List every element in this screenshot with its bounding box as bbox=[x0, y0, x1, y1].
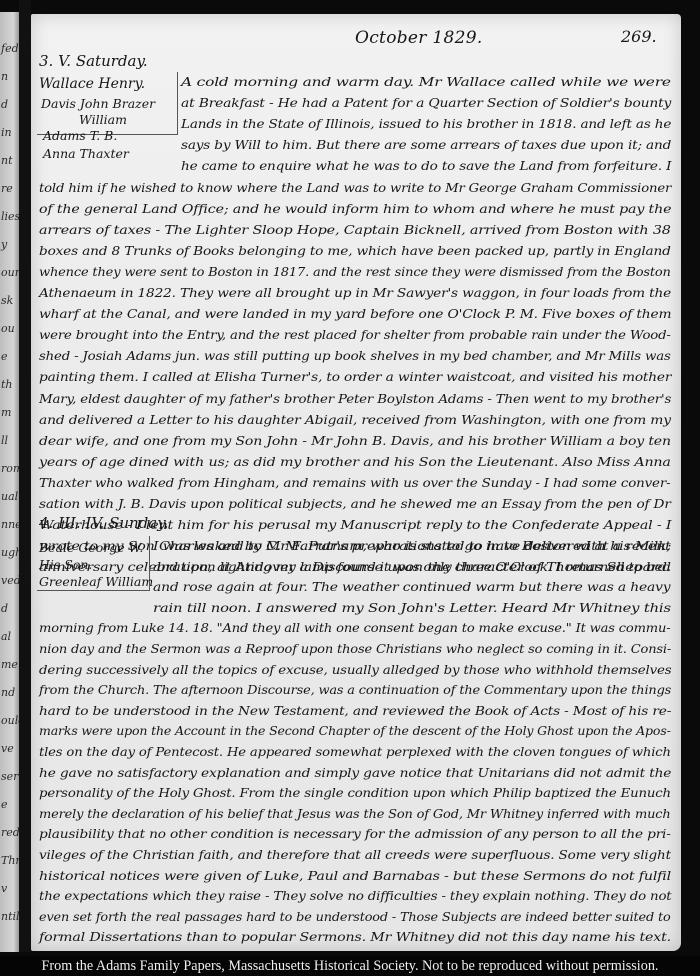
facing-page-text-fragment: me bbox=[1, 658, 18, 671]
manuscript-line: personality of the Holy Ghost. From the … bbox=[39, 787, 671, 799]
manuscript-line: from the Church. The afternoon Discourse… bbox=[39, 684, 671, 696]
facing-page-text-fragment: ved bbox=[1, 574, 19, 587]
facing-page-text-fragment: fed bbox=[1, 42, 19, 55]
manuscript-line: historical notices were given of Luke, P… bbox=[39, 870, 671, 882]
facing-page-text-fragment: ual bbox=[1, 490, 18, 503]
facing-page-text-fragment: y bbox=[1, 238, 7, 251]
manuscript-line: years of age dined with us; as did my br… bbox=[39, 456, 671, 468]
manuscript-line: hard to be understood in the New Testame… bbox=[39, 705, 671, 717]
margin-name: William bbox=[79, 112, 127, 127]
manuscript-line: Lands in the State of Illinois, issued t… bbox=[181, 118, 671, 130]
copyright-caption: From the Adams Family Papers, Massachuse… bbox=[0, 956, 700, 976]
manuscript-line: rain till noon. I answered my Son John's… bbox=[153, 602, 671, 614]
manuscript-line: merely the declaration of his belief tha… bbox=[39, 808, 671, 820]
manuscript-line: even set forth the real passages hard to… bbox=[39, 911, 671, 923]
facing-page-text-fragment: our bbox=[1, 266, 19, 279]
facing-page-text-fragment: al bbox=[1, 630, 11, 643]
manuscript-page: October 1829. 269. 3. V. Saturday. Walla… bbox=[31, 14, 681, 951]
facing-page-text-fragment: in bbox=[1, 126, 12, 139]
manuscript-line: dering successively all the topics of ex… bbox=[39, 664, 671, 676]
margin-name: Greenleaf William bbox=[39, 574, 153, 589]
manuscript-line: formal Dissertations than to popular Ser… bbox=[39, 931, 671, 943]
margin-name: Adams T. B. bbox=[43, 128, 117, 143]
book-gutter bbox=[19, 0, 31, 952]
manuscript-line: and rose again at four. The weather cont… bbox=[153, 581, 670, 593]
margin-name: Davis John Brazer bbox=[41, 96, 155, 111]
facing-page-text-fragment: re bbox=[1, 182, 13, 195]
facing-page-text-fragment: rom bbox=[1, 462, 19, 475]
manuscript-line: he came to enquire what he was to do to … bbox=[181, 160, 671, 172]
manuscript-line: were brought into the Entry, and the res… bbox=[39, 329, 671, 341]
facing-page-text-fragment: d bbox=[1, 98, 8, 111]
manuscript-line: vileges of the Christian faith, and ther… bbox=[39, 849, 671, 861]
margin-name: Wallace Henry. bbox=[39, 76, 145, 92]
facing-page-edge: fedndinntreliesyourskouethmllromualnnedu… bbox=[0, 12, 19, 952]
page-header-month-year: October 1829. bbox=[355, 28, 483, 48]
manuscript-line: painting them. I called at Elisha Turner… bbox=[39, 371, 671, 383]
manuscript-line: Mary, eldest daughter of my father's bro… bbox=[39, 393, 671, 405]
facing-page-text-fragment: th bbox=[1, 378, 13, 391]
facing-page-text-fragment: ve bbox=[1, 742, 14, 755]
facing-page-text-fragment: nt bbox=[1, 154, 13, 167]
manuscript-line: the expectations which they raise - They… bbox=[39, 890, 672, 902]
manuscript-line: arrears of taxes - The Lighter Sloop Hop… bbox=[39, 224, 671, 236]
entry-date-heading: 3. V. Saturday. bbox=[39, 52, 148, 70]
facing-page-text-fragment: lies bbox=[1, 210, 19, 223]
manuscript-line: dear wife, and one from my Son John - Mr… bbox=[39, 435, 671, 447]
manuscript-line: wharf at the Canal, and were landed in m… bbox=[39, 308, 671, 320]
manuscript-line: A cold morning and warm day. Mr Wallace … bbox=[181, 76, 671, 88]
manuscript-line: nion day and the Sermon was a Reproof up… bbox=[39, 643, 671, 655]
manuscript-line: and upon lighting my lamp found it was o… bbox=[153, 561, 671, 573]
manuscript-line: I was waked by Mr Farrar's preparations … bbox=[153, 540, 671, 552]
facing-page-text-fragment: e bbox=[1, 350, 8, 363]
manuscript-line: told him if he wished to know where the … bbox=[39, 182, 671, 194]
facing-page-text-fragment: d bbox=[1, 602, 8, 615]
facing-page-text-fragment: ugh bbox=[1, 546, 19, 559]
manuscript-line: says by Will to him. But there are some … bbox=[181, 139, 671, 151]
manuscript-line: Thaxter who walked from Hingham, and rem… bbox=[39, 477, 670, 489]
facing-page-text-fragment: Three bbox=[1, 854, 19, 867]
manuscript-line: plausibility that no other condition is … bbox=[39, 828, 671, 840]
facing-page-text-fragment: nned bbox=[1, 518, 19, 531]
manuscript-line: boxes and 8 Trunks of Books belonging to… bbox=[39, 245, 671, 257]
facing-page-text-fragment: e bbox=[1, 798, 8, 811]
manuscript-line: tles on the day of Pentecost. He appeare… bbox=[39, 746, 671, 758]
margin-name: His Son. bbox=[39, 557, 92, 572]
facing-page-text-fragment: ll bbox=[1, 434, 8, 447]
facing-page-text-fragment: v bbox=[1, 882, 7, 895]
facing-page-text-fragment: nd bbox=[1, 686, 15, 699]
facing-page-text-fragment: m bbox=[1, 406, 11, 419]
manuscript-line: morning from Luke 14. 18. "And they all … bbox=[39, 622, 670, 634]
manuscript-line: of the general Land Office; and he would… bbox=[39, 203, 671, 215]
facing-page-text-fragment: ould bbox=[1, 714, 19, 727]
manuscript-line: and delivered a Letter to his daughter A… bbox=[39, 414, 671, 426]
facing-page-text-fragment: ser bbox=[1, 770, 18, 783]
manuscript-line: marks were upon the Account in the Secon… bbox=[39, 725, 671, 737]
manuscript-line: he gave no satisfactory explanation and … bbox=[39, 767, 671, 779]
entry-date-heading: 4. III. IV. Sunday. bbox=[39, 514, 168, 532]
facing-page-text-fragment: ntil bbox=[1, 910, 19, 923]
manuscript-line: Athenaeum in 1822. They were all brought… bbox=[39, 287, 671, 299]
manuscript-line: at Breakfast - He had a Patent for a Qua… bbox=[181, 97, 671, 109]
manuscript-line: sation with J. B. Davis upon political s… bbox=[39, 498, 671, 510]
manuscript-line: whence they were sent to Boston in 1817.… bbox=[39, 266, 671, 278]
facing-page-text-fragment: red bbox=[1, 826, 19, 839]
margin-name: Beale George W. bbox=[39, 540, 143, 555]
facing-page-text-fragment: sk bbox=[1, 294, 13, 307]
facing-page-text-fragment: n bbox=[1, 70, 8, 83]
facing-page-text-fragment: ou bbox=[1, 322, 15, 335]
page-number: 269. bbox=[621, 27, 657, 46]
manuscript-line: shed - Josiah Adams jun. was still putti… bbox=[39, 350, 671, 362]
margin-name: Anna Thaxter bbox=[43, 146, 129, 161]
